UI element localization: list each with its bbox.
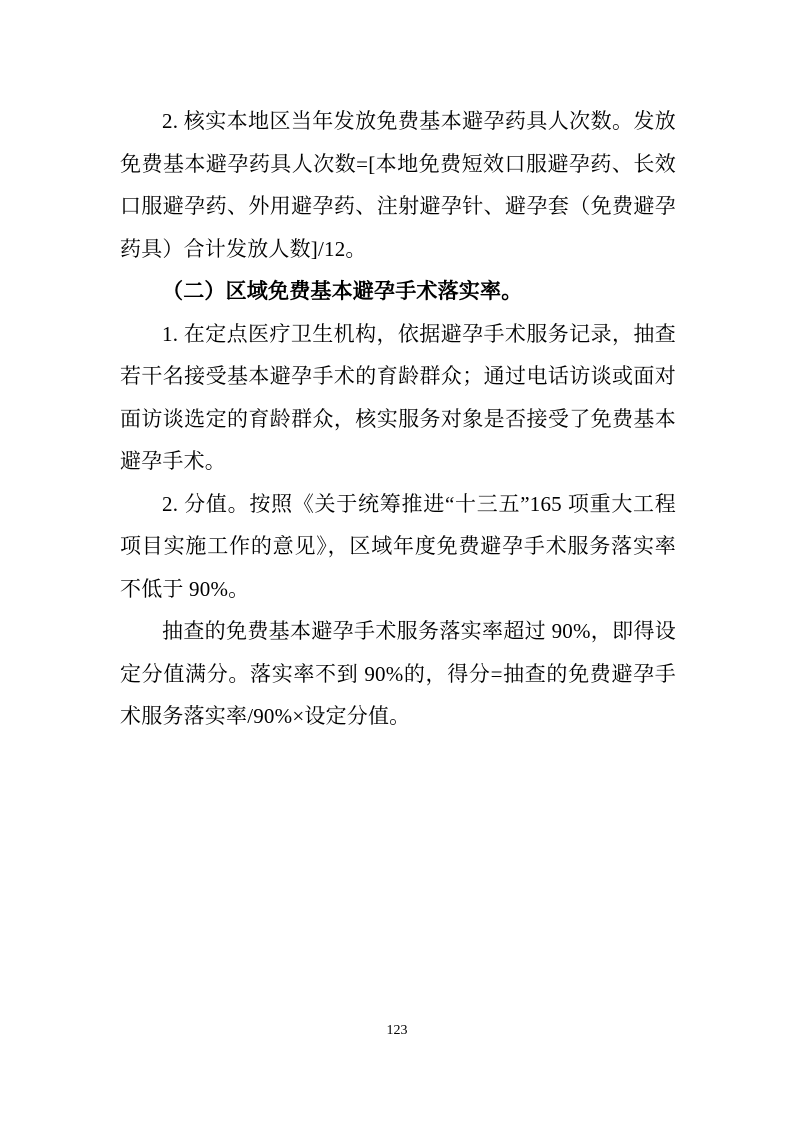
document-page: 2. 核实本地区当年发放免费基本避孕药具人次数。发放免费基本避孕药具人次数=[本… [0, 0, 794, 1122]
page-footer: 123 [0, 1021, 794, 1040]
paragraph-score-formula: 抽查的免费基本避孕手术服务落实率超过 90%，即得设定分值满分。落实率不到 90… [120, 610, 676, 738]
page-number: 123 [387, 1023, 408, 1038]
paragraph-score-basis: 2. 分值。按照《关于统筹推进“十三五”165 项重大工程项目实施工作的意见》，… [120, 483, 676, 611]
document-body: 2. 核实本地区当年发放免费基本避孕药具人次数。发放免费基本避孕药具人次数=[本… [120, 100, 676, 738]
paragraph-verification-method: 1. 在定点医疗卫生机构，依据避孕手术服务记录，抽查若干名接受基本避孕手术的育龄… [120, 313, 676, 483]
paragraph-item-count-formula: 2. 核实本地区当年发放免费基本避孕药具人次数。发放免费基本避孕药具人次数=[本… [120, 100, 676, 270]
section-heading: （二）区域免费基本避孕手术落实率。 [120, 270, 676, 313]
